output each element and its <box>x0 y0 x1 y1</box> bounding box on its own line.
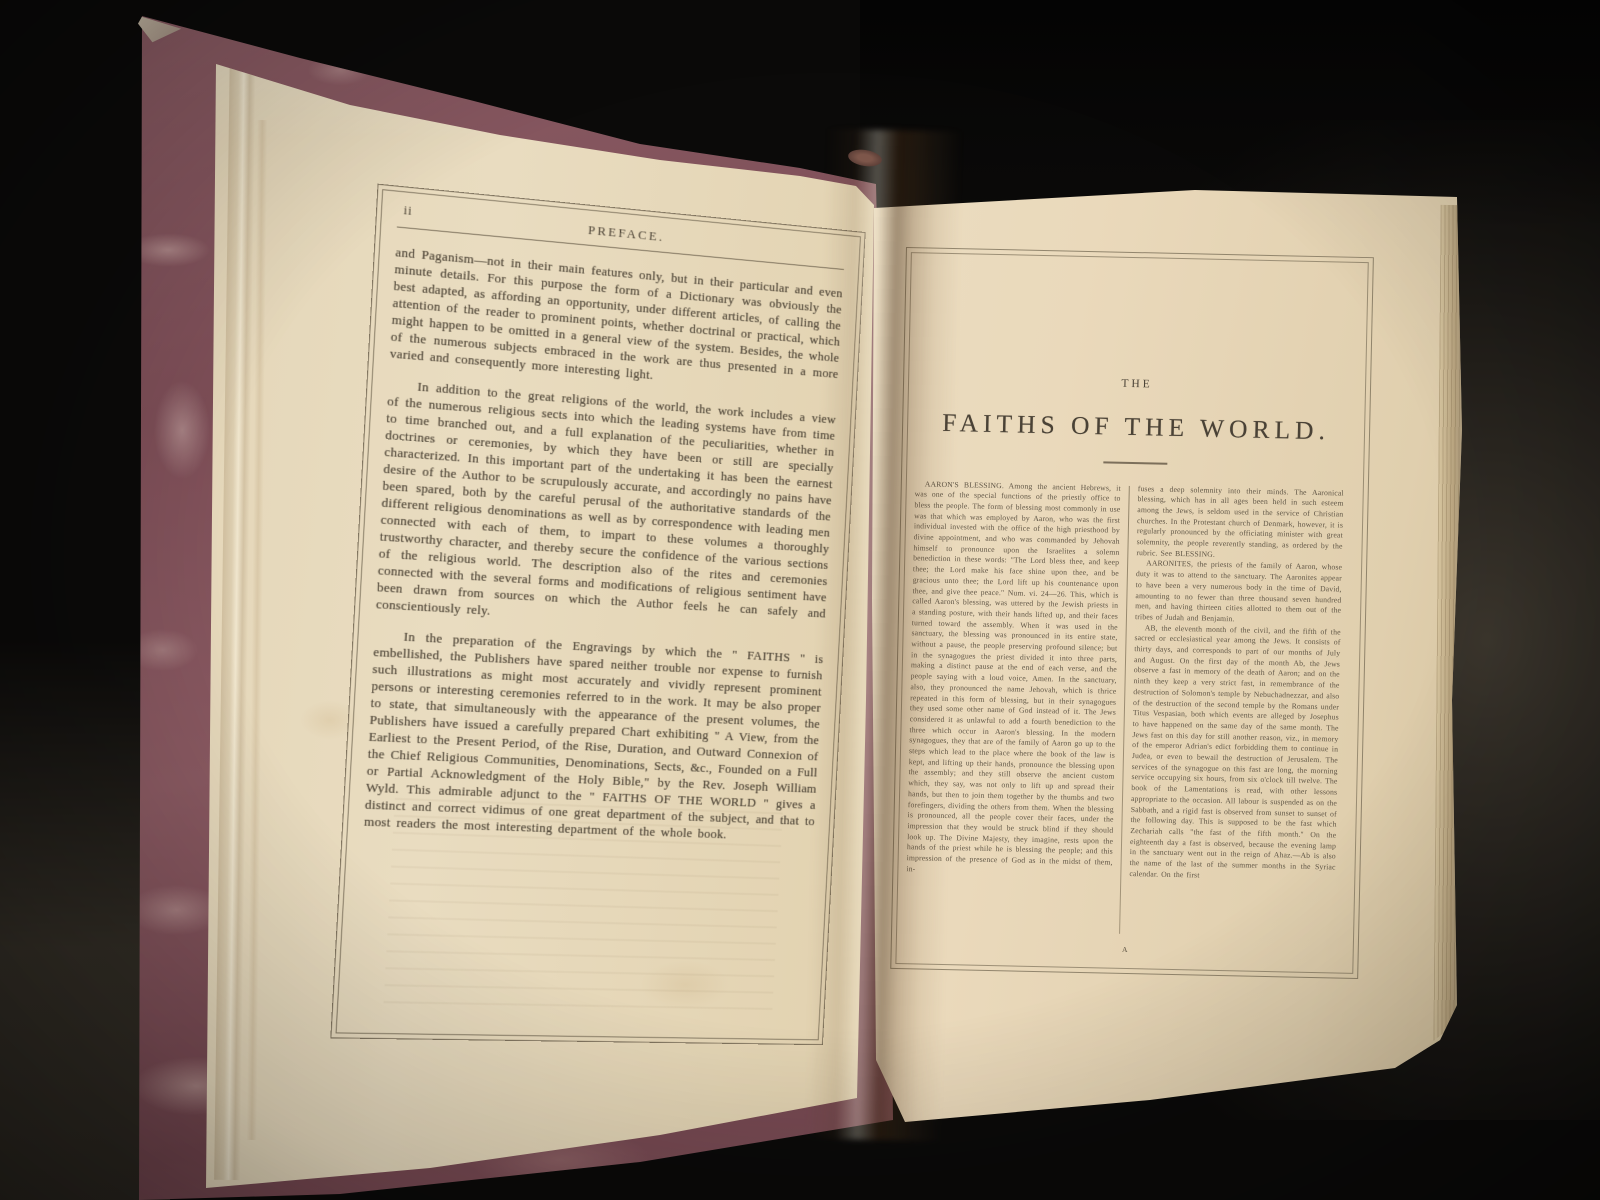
preface-text: ii PREFACE. and Paganism—not in their ma… <box>363 200 845 859</box>
left-page-text-block: ii PREFACE. and Paganism—not in their ma… <box>330 184 865 1045</box>
book-photo-scene: ii PREFACE. and Paganism—not in their ma… <box>0 0 1600 1200</box>
frame-rule-inner <box>895 252 1368 974</box>
gutter-shadow <box>805 129 962 1142</box>
right-page-text-block: THE FAITHS OF THE WORLD. AARON'S BLESSIN… <box>890 247 1374 979</box>
preface-body: and Paganism—not in their main features … <box>364 243 843 845</box>
preface-paragraph: and Paganism—not in their main features … <box>389 243 843 398</box>
preface-paragraph: In addition to the great religions of th… <box>376 375 837 637</box>
show-through-ghost-text <box>383 798 783 1023</box>
